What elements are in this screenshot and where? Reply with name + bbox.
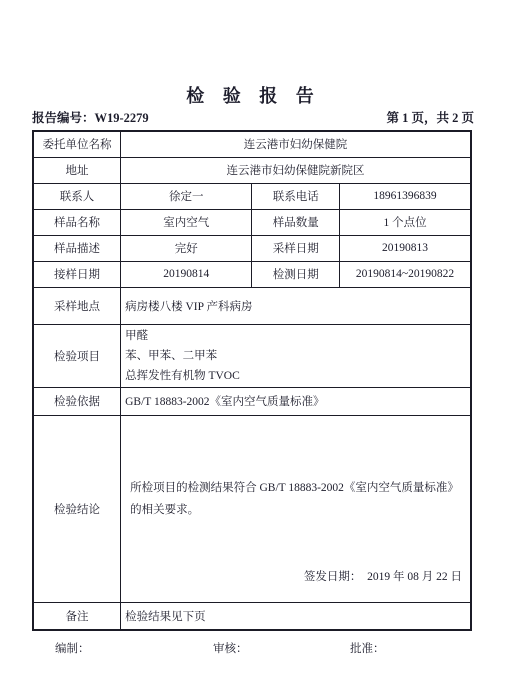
test-basis-value: GB/T 18883-2002《室内空气质量标准》 — [121, 387, 471, 415]
reviewed-by-label: 审核： — [213, 640, 248, 656]
conclusion-text: 所检项目的检测结果符合 GB/T 18883-2002《室内空气质量标准》的相关… — [130, 477, 458, 521]
sampling-site-label: 采样地点 — [33, 287, 121, 324]
table-row: 委托单位名称 连云港市妇幼保健院 — [33, 131, 471, 157]
test-basis-label: 检验依据 — [33, 387, 121, 415]
table-row: 样品描述 完好 采样日期 20190813 — [33, 235, 471, 261]
test-date-label: 检测日期 — [252, 261, 340, 287]
phone-label: 联系电话 — [252, 183, 340, 209]
approved-by-label: 批准： — [350, 640, 385, 656]
page-indicator: 第 1 页，共 2 页 — [386, 108, 474, 126]
receive-date-label: 接样日期 — [33, 261, 121, 287]
table-row: 采样地点 病房楼八楼 VIP 产科病房 — [33, 287, 471, 324]
remark-label: 备注 — [33, 602, 121, 630]
sample-qty-value: 1 个点位 — [340, 209, 471, 235]
sample-desc-label: 样品描述 — [33, 235, 121, 261]
conclusion-label: 检验结论 — [33, 415, 121, 602]
table-row: 联系人 徐定一 联系电话 18961396839 — [33, 183, 471, 209]
phone-value: 18961396839 — [340, 183, 471, 209]
sample-name-value: 室内空气 — [121, 209, 252, 235]
address-label: 地址 — [33, 157, 121, 183]
table-row: 检验依据 GB/T 18883-2002《室内空气质量标准》 — [33, 387, 471, 415]
conclusion-cell: 所检项目的检测结果符合 GB/T 18883-2002《室内空气质量标准》的相关… — [121, 415, 471, 602]
report-header-line: 报告编号：W19-2279 第 1 页，共 2 页 — [32, 108, 474, 126]
table-row: 地址 连云港市妇幼保健院新院区 — [33, 157, 471, 183]
report-number: 报告编号：W19-2279 — [32, 108, 149, 126]
table-row: 备注 检验结果见下页 — [33, 602, 471, 630]
contact-value: 徐定一 — [121, 183, 252, 209]
sampling-site-value: 病房楼八楼 VIP 产科病房 — [121, 287, 471, 324]
table-row: 接样日期 20190814 检测日期 20190814~20190822 — [33, 261, 471, 287]
test-item-line: 甲醛 — [125, 326, 466, 346]
contact-label: 联系人 — [33, 183, 121, 209]
page-title: 检 验 报 告 — [0, 82, 507, 108]
report-number-value: W19-2279 — [95, 111, 149, 125]
remark-value: 检验结果见下页 — [121, 602, 471, 630]
client-name-label: 委托单位名称 — [33, 131, 121, 157]
client-name-value: 连云港市妇幼保健院 — [121, 131, 471, 157]
signature-footer: 编制： 审核： 批准： — [0, 640, 507, 660]
test-items-value: 甲醛 苯、甲苯、二甲苯 总挥发性有机物 TVOC — [121, 324, 471, 387]
sample-name-label: 样品名称 — [33, 209, 121, 235]
table-row: 检验项目 甲醛 苯、甲苯、二甲苯 总挥发性有机物 TVOC — [33, 324, 471, 387]
table-row: 检验结论 所检项目的检测结果符合 GB/T 18883-2002《室内空气质量标… — [33, 415, 471, 602]
report-number-label: 报告编号： — [32, 111, 95, 125]
table-row: 样品名称 室内空气 样品数量 1 个点位 — [33, 209, 471, 235]
sign-date: 签发日期： 2019 年 08 月 22 日 — [125, 568, 466, 584]
sample-desc-value: 完好 — [121, 235, 252, 261]
test-item-line: 总挥发性有机物 TVOC — [125, 366, 466, 386]
test-item-line: 苯、甲苯、二甲苯 — [125, 346, 466, 366]
report-table: 委托单位名称 连云港市妇幼保健院 地址 连云港市妇幼保健院新院区 联系人 徐定一… — [32, 130, 472, 631]
receive-date-value: 20190814 — [121, 261, 252, 287]
address-value: 连云港市妇幼保健院新院区 — [121, 157, 471, 183]
sampling-date-value: 20190813 — [340, 235, 471, 261]
sample-qty-label: 样品数量 — [252, 209, 340, 235]
prepared-by-label: 编制： — [55, 640, 90, 656]
test-items-label: 检验项目 — [33, 324, 121, 387]
sampling-date-label: 采样日期 — [252, 235, 340, 261]
test-date-value: 20190814~20190822 — [340, 261, 471, 287]
